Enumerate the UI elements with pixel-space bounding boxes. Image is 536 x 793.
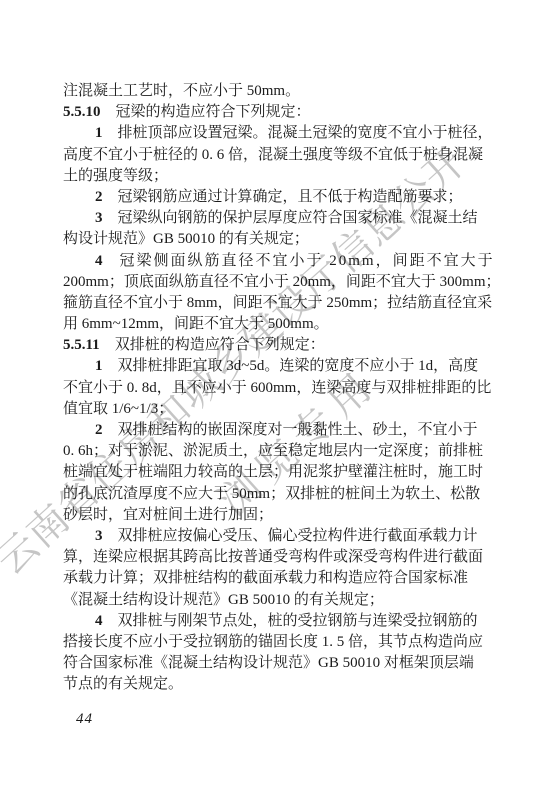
text-line: 搭接长度不应小于受拉钢筋的锚固长度 1. 5 倍，其节点构造尚应	[63, 632, 477, 653]
text-line: 砂层时，宜对桩间土进行加固；	[63, 505, 477, 526]
text-line: 3双排桩应按偏心受压、偏心受拉构件进行截面承载力计	[63, 526, 477, 547]
text-line: 不宜小于 0. 8d，且不应小于 600mm，连梁高度与双排桩排距的比	[63, 378, 477, 399]
text-line: 200mm；顶底面纵筋直径不宜小于 20mm，间距不宜大于 300mm；	[63, 272, 477, 293]
text-line: 2双排桩结构的嵌固深度对一般黏性土、砂土，不宜小于	[63, 420, 477, 441]
line-text: 值宜取 1/6~1/3；	[63, 401, 173, 417]
line-text: 200mm；顶底面纵筋直径不宜小于 20mm，间距不宜大于 300mm；	[63, 274, 501, 290]
line-text: 搭接长度不应小于受拉钢筋的锚固长度 1. 5 倍，其节点构造尚应	[63, 634, 483, 650]
text-line: 1排桩顶部应设置冠梁。混凝土冠梁的宽度不宜小于桩径，	[63, 123, 477, 144]
item-number: 2	[95, 189, 103, 205]
item-number: 3	[95, 210, 103, 226]
line-text: 双排桩排距宜取 3d~5d。连梁的宽度不应小于 1d，高度	[118, 358, 479, 374]
text-line: 用 6mm~12mm，间距不宜大于 500mm。	[63, 314, 477, 335]
text-line: 1双排桩排距宜取 3d~5d。连梁的宽度不应小于 1d，高度	[63, 356, 477, 377]
line-text: 冠梁的构造应符合下列规定：	[116, 104, 311, 120]
page-number: 44	[76, 711, 93, 728]
line-text: 桩端宜处于桩端阻力较高的土层；用泥浆护壁灌注桩时，施工时	[63, 464, 483, 480]
text-line: 《混凝土结构设计规范》GB 50010 的有关规定；	[63, 590, 477, 611]
line-text: 箍筋直径不宜小于 8mm，间距不宜大于 250mm；拉结筋直径宜采	[63, 295, 492, 311]
item-number: 5.5.10	[63, 104, 101, 120]
item-number: 3	[95, 528, 103, 544]
line-text: 的孔底沉渣厚度不应大于 50mm；双排桩的桩间土为软土、松散	[63, 486, 480, 502]
item-number: 4	[95, 253, 105, 269]
line-text: 土的强度等级；	[63, 168, 168, 184]
text-line: 值宜取 1/6~1/3；	[63, 399, 477, 420]
item-number: 4	[95, 613, 103, 629]
line-text: 双排桩的构造应符合下列规定：	[115, 337, 325, 353]
line-text: 排桩顶部应设置冠梁。混凝土冠梁的宽度不宜小于桩径，	[118, 125, 493, 141]
line-text: 注混凝土工艺时，不应小于 50mm。	[63, 83, 300, 99]
line-text: 双排桩结构的嵌固深度对一般黏性土、砂土，不宜小于	[118, 422, 478, 438]
text-line: 3冠梁纵向钢筋的保护层厚度应符合国家标准《混凝土结	[63, 208, 477, 229]
text-line: 5.5.11双排桩的构造应符合下列规定：	[63, 335, 477, 356]
line-text: 《混凝土结构设计规范》GB 50010 的有关规定；	[63, 592, 384, 608]
line-text: 冠梁侧面纵筋直径不宜小于 20mm，间距不宜大于	[120, 253, 495, 269]
line-text: 高度不宜小于桩径的 0. 6 倍，混凝土强度等级不宜低于桩身混凝	[63, 147, 483, 163]
text-line: 的孔底沉渣厚度不应大于 50mm；双排桩的桩间土为软土、松散	[63, 484, 477, 505]
text-line: 符合国家标准《混凝土结构设计规范》GB 50010 对框架顶层端	[63, 653, 477, 674]
text-line: 算，连梁应根据其跨高比按普通受弯构件或深受弯构件进行截面	[63, 547, 477, 568]
text-line: 4冠梁侧面纵筋直径不宜小于 20mm，间距不宜大于	[63, 251, 477, 272]
text-line: 2冠梁钢筋应通过计算确定，且不低于构造配筋要求；	[63, 187, 477, 208]
line-text: 承载力计算；双排桩结构的截面承载力和构造应符合国家标准	[63, 570, 468, 586]
line-text: 0. 6h；对于淤泥、淤泥质土，应至稳定地层内一定深度；前排桩	[63, 443, 483, 459]
text-line: 5.5.10冠梁的构造应符合下列规定：	[63, 102, 477, 123]
text-line: 4双排桩与刚架节点处，桩的受拉钢筋与连梁受拉钢筋的	[63, 611, 477, 632]
text-line: 节点的有关规定。	[63, 674, 477, 695]
line-text: 不宜小于 0. 8d，且不应小于 600mm，连梁高度与双排桩排距的比	[63, 380, 491, 396]
line-text: 双排桩应按偏心受压、偏心受拉构件进行截面承载力计	[118, 528, 478, 544]
line-text: 冠梁钢筋应通过计算确定，且不低于构造配筋要求；	[118, 189, 463, 205]
text-line: 注混凝土工艺时，不应小于 50mm。	[63, 81, 477, 102]
line-text: 冠梁纵向钢筋的保护层厚度应符合国家标准《混凝土结	[118, 210, 478, 226]
line-text: 构设计规范》GB 50010 的有关规定；	[63, 231, 309, 247]
document-page: 云南省住房和城乡建设厅信息公开 浏览专用 注混凝土工艺时，不应小于 50mm。5…	[0, 0, 536, 793]
text-line: 土的强度等级；	[63, 166, 477, 187]
text-line: 0. 6h；对于淤泥、淤泥质土，应至稳定地层内一定深度；前排桩	[63, 441, 477, 462]
item-number: 1	[95, 358, 103, 374]
text-line: 构设计规范》GB 50010 的有关规定；	[63, 229, 477, 250]
text-line: 高度不宜小于桩径的 0. 6 倍，混凝土强度等级不宜低于桩身混凝	[63, 145, 477, 166]
item-number: 5.5.11	[63, 337, 100, 353]
line-text: 双排桩与刚架节点处，桩的受拉钢筋与连梁受拉钢筋的	[118, 613, 478, 629]
text-line: 桩端宜处于桩端阻力较高的土层；用泥浆护壁灌注桩时，施工时	[63, 462, 477, 483]
item-number: 2	[95, 422, 103, 438]
line-text: 符合国家标准《混凝土结构设计规范》GB 50010 对框架顶层端	[63, 655, 474, 671]
line-text: 砂层时，宜对桩间土进行加固；	[63, 507, 273, 523]
line-text: 节点的有关规定。	[63, 676, 183, 692]
line-text: 算，连梁应根据其跨高比按普通受弯构件或深受弯构件进行截面	[63, 549, 483, 565]
line-text: 用 6mm~12mm，间距不宜大于 500mm。	[63, 316, 329, 332]
text-line: 箍筋直径不宜小于 8mm，间距不宜大于 250mm；拉结筋直径宜采	[63, 293, 477, 314]
document-body: 注混凝土工艺时，不应小于 50mm。5.5.10冠梁的构造应符合下列规定：1排桩…	[63, 81, 477, 695]
text-line: 承载力计算；双排桩结构的截面承载力和构造应符合国家标准	[63, 568, 477, 589]
item-number: 1	[95, 125, 103, 141]
